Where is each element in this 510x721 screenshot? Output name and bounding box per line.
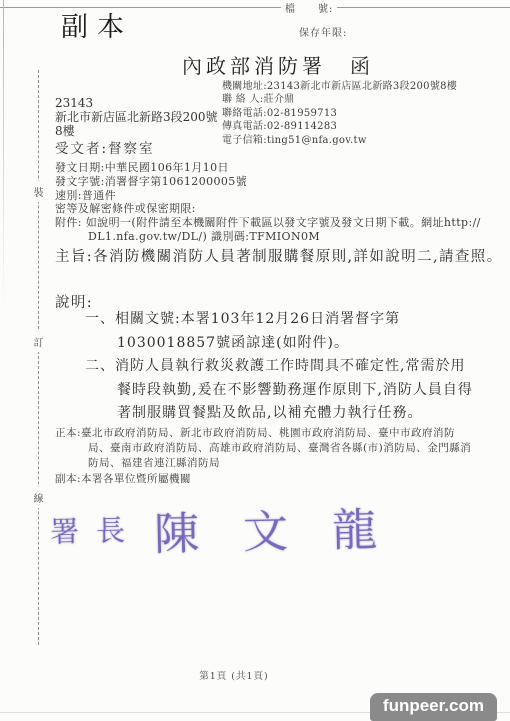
subject-paragraph: 主旨:各消防機關消防人員著制服購餐原則,詳如說明二,請查照。 [55,245,510,269]
sender-email-line: 電子信箱:ting51@nfa.gov.tw [222,134,457,147]
binding-mark-xian: 線 [30,487,47,508]
recipient-zip: 23143 [55,96,218,110]
sender-fax-line: 傳真電話:02-89114283 [222,120,457,133]
attachment-line-1: 附件: 如說明一(附件請至本機關附件下載區以發文字號及發文日期下載。網址http… [55,216,485,230]
speed-line: 速別:普通件 [55,189,485,203]
item-1-text: 相關文號:本署103年12月26日消署督字第1030018857號函諒達(如附件… [115,311,400,351]
original-recipients-line: 正本:臺北市政府消防局、新北市政府消防局、桃園市政府消防局、臺中市政府消防局、臺… [55,426,473,472]
recipient-address-line2: 8樓 [55,124,218,138]
item-1-number: 一、 [85,311,115,327]
binding-mark-zhuang: 裝 [30,181,47,202]
signature: 署長陳文龍 [49,492,421,565]
attachment-line-2: DL1.nfa.gov.tw/DL/) 識別碼:TFMION0M [55,230,485,244]
item-2-text: 消防人員執行救災救護工作時間具不確定性,常需於用餐時段執勤,爰在不影響勤務運作原… [115,358,473,421]
recipient-line: 受文者:督察室 [55,142,218,156]
copy-label: 副本: [55,473,81,485]
copy-text: 本署各單位暨所屬機關 [81,473,191,485]
copy-stamp: 副本 [61,5,133,44]
recipient-address-line1: 新北市新店區北新路3段200號 [55,110,218,124]
sender-contact-line: 聯 絡 人:莊介鼎 [222,93,457,106]
file-number-label: 檔 號: [281,0,337,15]
sender-address-line: 機關地址:23143新北市新店區北新路3段200號8樓 [222,80,457,93]
explanation-item-2: 二、消防人員執行救災救護工作時間具不確定性,常需於用餐時段執勤,爰在不影響勤務運… [85,355,477,426]
sender-phone-line: 聯絡電話:02-81959713 [222,107,457,120]
original-label: 正本: [55,427,81,439]
signature-name: 陳文龍 [154,502,422,561]
copy-recipients-line: 副本:本署各單位暨所屬機關 [55,472,473,487]
item-2-number: 二、 [85,358,115,374]
recipient-block: 23143 新北市新店區北新路3段200號 8樓 受文者:督察室 [55,96,218,156]
document-title: 內政部消防署 函 [182,50,374,79]
document-page: 檔 號: 保存年限: 副本 內政部消防署 函 機關地址:23143新北市新店區北… [0,0,510,721]
retention-period-label: 保存年限: [299,24,347,39]
doc-number-line: 發文字號:消署督字第1061200005號 [55,175,485,189]
explanation-items: 一、相關文號:本署103年12月26日消署督字第1030018857號函諒達(如… [85,308,477,426]
binding-mark-ding: 訂 [30,331,47,352]
binding-dashed-line [38,70,39,645]
signature-title: 署長 [50,513,143,549]
explanation-item-1: 一、相關文號:本署103年12月26日消署督字第1030018857號函諒達(如… [85,308,477,355]
scan-edge-left [3,0,4,310]
original-text: 臺北市政府消防局、新北市政府消防局、桃園市政府消防局、臺中市政府消防局、臺南市政… [81,427,471,469]
subject-label: 主旨: [55,249,93,265]
security-line: 密等及解密條件或保密期限: [55,202,485,216]
dispatch-meta-block: 發文日期:中華民國106年1月10日 發文字號:消署督字第1061200005號… [55,161,485,244]
sender-info-block: 機關地址:23143新北市新店區北新路3段200號8樓 聯 絡 人:莊介鼎 聯絡… [222,80,457,147]
watermark: funpeer.com [370,693,497,721]
subject-text: 各消防機關消防人員著制服購餐原則,詳如說明二,請查照。 [93,249,503,265]
distribution-block: 正本:臺北市政府消防局、新北市政府消防局、桃園市政府消防局、臺中市政府消防局、臺… [55,426,473,487]
page-footer: 第1頁 (共1頁) [0,668,489,682]
issue-date-line: 發文日期:中華民國106年1月10日 [55,161,485,175]
